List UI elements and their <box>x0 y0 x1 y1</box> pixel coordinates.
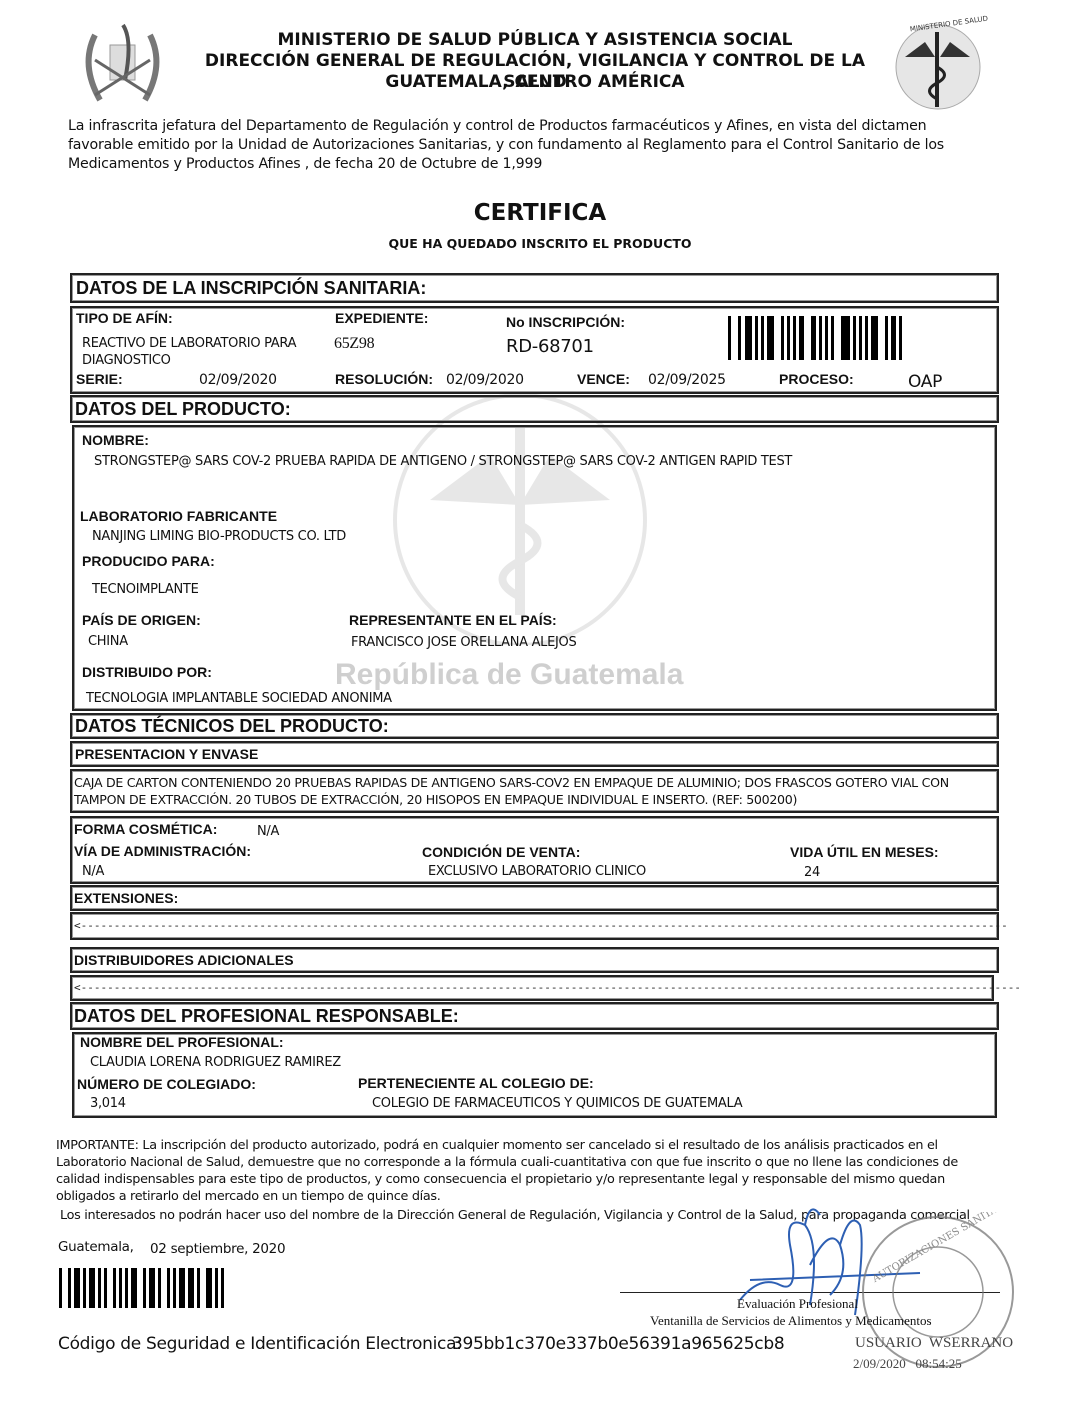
importante-note: IMPORTANTE: La inscripción del producto … <box>56 1137 996 1205</box>
vence-label: VENCE: <box>577 371 630 387</box>
laboratorio-value: NANJING LIMING BIO-PRODUCTS CO. LTD <box>92 529 346 544</box>
sign-line-2: Ventanilla de Servicios de Alimentos y M… <box>650 1313 932 1329</box>
expediente-value: 65Z98 <box>334 335 374 353</box>
barcode-bar <box>731 316 738 360</box>
barcode-bar <box>834 316 841 360</box>
barcode-bar <box>221 1268 224 1308</box>
presentacion-header: PRESENTACION Y ENVASE <box>70 741 999 767</box>
guatemala-coat-of-arms-icon <box>75 20 170 110</box>
serie-value: 02/09/2020 <box>199 372 277 388</box>
vida-label: VIDA ÚTIL EN MESES: <box>790 844 939 860</box>
tipo-label: TIPO DE AFÍN: <box>76 310 173 326</box>
via-value: N/A <box>82 864 104 879</box>
extensiones-body: <---------------------------------------… <box>70 912 999 940</box>
distribuidores-header: DISTRIBUIDORES ADICIONALES <box>70 947 999 973</box>
forma-label: FORMA COSMÉTICA: <box>74 821 217 837</box>
distribuidores-value: <---------------------------------------… <box>74 981 1019 994</box>
health-ministry-seal-icon: MINISTERIO DE SALUD PÚBLICA <box>880 12 990 112</box>
section-producto-header: DATOS DEL PRODUCTO: <box>70 395 999 423</box>
no-inscripcion-label: No INSCRIPCIÓN: <box>506 314 625 330</box>
colegiado-label: NÚMERO DE COLEGIADO: <box>77 1076 256 1092</box>
section-profesional-header: DATOS DEL PROFESIONAL RESPONSABLE: <box>70 1002 999 1030</box>
representante-value: FRANCISCO JOSE ORELLANA ALEJOS <box>351 635 576 650</box>
barcode-bar <box>804 316 811 360</box>
barcode-bar <box>878 316 885 360</box>
sign-line-1: Evaluación Profesional <box>737 1296 858 1312</box>
certifica-title: CERTIFICA <box>0 200 1080 226</box>
pais-label: PAÍS DE ORIGEN: <box>82 612 201 628</box>
serie-label: SERIE: <box>76 371 123 387</box>
footer-place: Guatemala, <box>58 1239 134 1256</box>
extensiones-header: EXTENSIONES: <box>70 885 999 911</box>
section-inscripcion-body: TIPO DE AFÍN: REACTIVO DE LABORATORIO PA… <box>70 306 999 394</box>
profesional-nombre-value: CLAUDIA LORENA RODRIGUEZ RAMIREZ <box>90 1055 341 1070</box>
section-title: DATOS DEL PROFESIONAL RESPONSABLE: <box>74 1006 459 1027</box>
nombre-label: NOMBRE: <box>82 432 149 448</box>
presentacion-value: CAJA DE CARTON CONTENIENDO 20 PRUEBAS RA… <box>74 774 992 808</box>
forma-value: N/A <box>257 824 279 839</box>
presentacion-label: PRESENTACION Y ENVASE <box>75 746 258 762</box>
intro-paragraph: La infrascrita jefatura del Departamento… <box>68 117 988 174</box>
colegio-value: COLEGIO DE FARMACEUTICOS Y QUIMICOS DE G… <box>372 1096 742 1111</box>
section-title: DATOS TÉCNICOS DEL PRODUCTO: <box>75 716 389 737</box>
section-title: DATOS DE LA INSCRIPCIÓN SANITARIA: <box>76 278 426 299</box>
barcode-bar <box>767 316 774 360</box>
barcode-bar <box>745 316 752 360</box>
security-code-label: Código de Seguridad e Identificación Ele… <box>58 1334 462 1354</box>
profesional-nombre-label: NOMBRE DEL PROFESIONAL: <box>80 1034 284 1050</box>
pais-value: CHINA <box>88 634 128 649</box>
usuario-timestamp: 2/09/2020 08:54:25 <box>853 1356 962 1372</box>
barcode-bar <box>899 316 902 360</box>
usuario-label: USUARIO WSERRANO <box>855 1335 1013 1352</box>
laboratorio-label: LABORATORIO FABRICANTE <box>80 508 277 524</box>
svg-text:AUTORIZACIONES SANITARIAS: AUTORIZACIONES SANITARIAS <box>870 1212 1018 1285</box>
no-inscripcion-value: RD-68701 <box>506 336 594 357</box>
vence-value: 02/09/2025 <box>648 372 726 388</box>
tipo-value-2: DIAGNOSTICO <box>82 353 171 368</box>
barcode-bar <box>774 316 781 360</box>
header-ministry: MINISTERIO DE SALUD PÚBLICA Y ASISTENCIA… <box>180 30 890 51</box>
header-country: GUATEMALA, CENTRO AMÉRICA <box>180 72 890 93</box>
section-producto-body: NOMBRE: STRONGSTEP@ SARS COV-2 PRUEBA RA… <box>72 425 997 711</box>
registration-barcode <box>728 316 902 360</box>
barcode-bar <box>871 316 878 360</box>
distribuidores-label: DISTRIBUIDORES ADICIONALES <box>74 952 294 968</box>
footer-date: 02 septiembre, 2020 <box>150 1241 285 1258</box>
representante-label: REPRESENTANTE EN EL PAÍS: <box>349 612 557 628</box>
presentacion-body: CAJA DE CARTON CONTENIENDO 20 PRUEBAS RA… <box>70 769 999 813</box>
proceso-value: OAP <box>908 372 942 392</box>
distribuido-label: DISTRIBUIDO POR: <box>82 664 212 680</box>
distribuidores-body: <---------------------------------------… <box>70 975 994 1001</box>
security-code-value: 395bb1c370e337b0e56391a965625cb8 <box>452 1334 784 1354</box>
producido-label: PRODUCIDO PARA: <box>82 553 215 569</box>
condicion-value: EXCLUSIVO LABORATORIO CLINICO <box>428 864 646 879</box>
tecnicos-details: FORMA COSMÉTICA: N/A VÍA DE ADMINISTRACI… <box>70 816 999 884</box>
expediente-label: EXPEDIENTE: <box>335 310 428 326</box>
colegiado-value: 3,014 <box>90 1096 126 1111</box>
tipo-value-1: REACTIVO DE LABORATORIO PARA <box>82 336 296 351</box>
proceso-label: PROCESO: <box>779 371 854 387</box>
section-title: DATOS DEL PRODUCTO: <box>75 399 291 420</box>
colegio-label: PERTENECIENTE AL COLEGIO DE: <box>358 1075 594 1091</box>
section-inscripcion-header: DATOS DE LA INSCRIPCIÓN SANITARIA: <box>70 273 999 303</box>
condicion-label: CONDICIÓN DE VENTA: <box>422 844 580 860</box>
extensiones-value: <---------------------------------------… <box>74 919 1009 932</box>
certifica-subtitle: QUE HA QUEDADO INSCRITO EL PRODUCTO <box>0 236 1080 251</box>
document-barcode <box>59 1268 224 1308</box>
vida-value: 24 <box>804 865 820 880</box>
barcode-bar <box>841 316 850 360</box>
distribuido-value: TECNOLOGIA IMPLANTABLE SOCIEDAD ANONIMA <box>86 691 392 706</box>
resolucion-value: 02/09/2020 <box>446 372 524 388</box>
section-profesional-body: NOMBRE DEL PROFESIONAL: CLAUDIA LORENA R… <box>72 1032 997 1118</box>
producido-value: TECNOIMPLANTE <box>92 582 199 597</box>
nombre-value: STRONGSTEP@ SARS COV-2 PRUEBA RAPIDA DE … <box>94 454 792 469</box>
extensiones-label: EXTENSIONES: <box>74 890 178 906</box>
section-tecnicos-header: DATOS TÉCNICOS DEL PRODUCTO: <box>70 713 999 739</box>
via-label: VÍA DE ADMINISTRACIÓN: <box>74 843 251 859</box>
resolucion-label: RESOLUCIÓN: <box>335 371 433 387</box>
